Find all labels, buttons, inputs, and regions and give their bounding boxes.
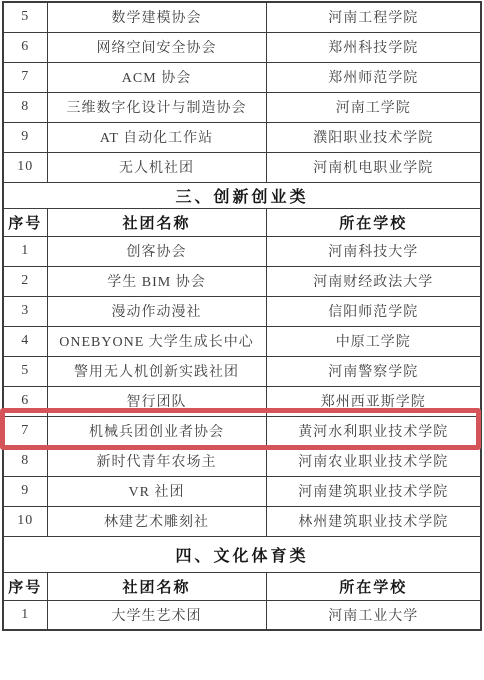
table-row: 3漫动作动漫社信阳师范学院 bbox=[3, 296, 481, 326]
row-number-cell: 7 bbox=[3, 62, 47, 92]
table-row: 1大学生艺术团河南工业大学 bbox=[3, 600, 481, 630]
row-number-cell: 10 bbox=[3, 506, 47, 536]
school-cell: 郑州师范学院 bbox=[266, 62, 481, 92]
column-header-row: 序号社团名称所在学校 bbox=[3, 572, 481, 600]
section-title-row: 四、文化体育类 bbox=[3, 536, 481, 572]
club-name-cell: 三维数字化设计与制造协会 bbox=[47, 92, 266, 122]
column-header-row: 序号社团名称所在学校 bbox=[3, 208, 481, 236]
club-name-cell: VR 社团 bbox=[47, 476, 266, 506]
table-row: 2学生 BIM 协会河南财经政法大学 bbox=[3, 266, 481, 296]
club-name-cell: ONEBYONE 大学生成长中心 bbox=[47, 326, 266, 356]
school-cell: 信阳师范学院 bbox=[266, 296, 481, 326]
club-name-cell: 大学生艺术团 bbox=[47, 600, 266, 630]
table-row: 9VR 社团河南建筑职业技术学院 bbox=[3, 476, 481, 506]
school-cell: 河南警察学院 bbox=[266, 356, 481, 386]
clubs-table: 5数学建模协会河南工程学院6网络空间安全协会郑州科技学院7ACM 协会郑州师范学… bbox=[2, 1, 482, 631]
school-cell: 河南财经政法大学 bbox=[266, 266, 481, 296]
club-name-cell: 新时代青年农场主 bbox=[47, 446, 266, 476]
row-number-cell: 1 bbox=[3, 600, 47, 630]
row-number-cell: 9 bbox=[3, 476, 47, 506]
school-cell: 中原工学院 bbox=[266, 326, 481, 356]
row-number-cell: 6 bbox=[3, 386, 47, 416]
row-number-cell: 5 bbox=[3, 2, 47, 32]
school-cell: 濮阳职业技术学院 bbox=[266, 122, 481, 152]
document-page: 5数学建模协会河南工程学院6网络空间安全协会郑州科技学院7ACM 协会郑州师范学… bbox=[0, 0, 484, 680]
table-row: 7机械兵团创业者协会黄河水利职业技术学院 bbox=[3, 416, 481, 446]
row-number-cell: 6 bbox=[3, 32, 47, 62]
school-cell: 林州建筑职业技术学院 bbox=[266, 506, 481, 536]
table-row: 8新时代青年农场主河南农业职业技术学院 bbox=[3, 446, 481, 476]
section-title-row: 三、创新创业类 bbox=[3, 182, 481, 208]
club-name-cell: 创客协会 bbox=[47, 236, 266, 266]
row-number-cell: 4 bbox=[3, 326, 47, 356]
table-row: 5数学建模协会河南工程学院 bbox=[3, 2, 481, 32]
row-number-cell: 7 bbox=[3, 416, 47, 446]
table-row: 8三维数字化设计与制造协会河南工学院 bbox=[3, 92, 481, 122]
school-cell: 郑州科技学院 bbox=[266, 32, 481, 62]
school-cell: 河南工业大学 bbox=[266, 600, 481, 630]
club-name-cell: 林建艺术雕刻社 bbox=[47, 506, 266, 536]
school-cell: 河南科技大学 bbox=[266, 236, 481, 266]
table-row: 7ACM 协会郑州师范学院 bbox=[3, 62, 481, 92]
club-name-cell: 网络空间安全协会 bbox=[47, 32, 266, 62]
school-cell: 河南建筑职业技术学院 bbox=[266, 476, 481, 506]
table-row: 9AT 自动化工作站濮阳职业技术学院 bbox=[3, 122, 481, 152]
table-row: 10林建艺术雕刻社林州建筑职业技术学院 bbox=[3, 506, 481, 536]
row-number-cell: 5 bbox=[3, 356, 47, 386]
club-name-cell: AT 自动化工作站 bbox=[47, 122, 266, 152]
column-header-index: 序号 bbox=[3, 572, 47, 600]
row-number-cell: 2 bbox=[3, 266, 47, 296]
table-body: 5数学建模协会河南工程学院6网络空间安全协会郑州科技学院7ACM 协会郑州师范学… bbox=[3, 2, 481, 630]
row-number-cell: 1 bbox=[3, 236, 47, 266]
row-number-cell: 10 bbox=[3, 152, 47, 182]
table-row: 5警用无人机创新实践社团河南警察学院 bbox=[3, 356, 481, 386]
school-cell: 河南机电职业学院 bbox=[266, 152, 481, 182]
club-name-cell: 学生 BIM 协会 bbox=[47, 266, 266, 296]
row-number-cell: 8 bbox=[3, 92, 47, 122]
row-number-cell: 8 bbox=[3, 446, 47, 476]
school-cell: 河南工程学院 bbox=[266, 2, 481, 32]
club-name-cell: 无人机社团 bbox=[47, 152, 266, 182]
club-name-cell: 数学建模协会 bbox=[47, 2, 266, 32]
club-name-cell: ACM 协会 bbox=[47, 62, 266, 92]
school-cell: 郑州西亚斯学院 bbox=[266, 386, 481, 416]
club-name-cell: 漫动作动漫社 bbox=[47, 296, 266, 326]
column-header-club-name: 社团名称 bbox=[47, 572, 266, 600]
school-cell: 河南农业职业技术学院 bbox=[266, 446, 481, 476]
table-row: 10无人机社团河南机电职业学院 bbox=[3, 152, 481, 182]
row-number-cell: 3 bbox=[3, 296, 47, 326]
school-cell: 河南工学院 bbox=[266, 92, 481, 122]
row-number-cell: 9 bbox=[3, 122, 47, 152]
table-row: 4ONEBYONE 大学生成长中心中原工学院 bbox=[3, 326, 481, 356]
section-title: 四、文化体育类 bbox=[3, 536, 481, 572]
column-header-school: 所在学校 bbox=[266, 208, 481, 236]
section-title: 三、创新创业类 bbox=[3, 182, 481, 208]
club-name-cell: 警用无人机创新实践社团 bbox=[47, 356, 266, 386]
column-header-club-name: 社团名称 bbox=[47, 208, 266, 236]
table-row: 1创客协会河南科技大学 bbox=[3, 236, 481, 266]
column-header-index: 序号 bbox=[3, 208, 47, 236]
school-cell: 黄河水利职业技术学院 bbox=[266, 416, 481, 446]
club-name-cell: 智行团队 bbox=[47, 386, 266, 416]
table-row: 6智行团队郑州西亚斯学院 bbox=[3, 386, 481, 416]
table-row: 6网络空间安全协会郑州科技学院 bbox=[3, 32, 481, 62]
club-name-cell: 机械兵团创业者协会 bbox=[47, 416, 266, 446]
column-header-school: 所在学校 bbox=[266, 572, 481, 600]
